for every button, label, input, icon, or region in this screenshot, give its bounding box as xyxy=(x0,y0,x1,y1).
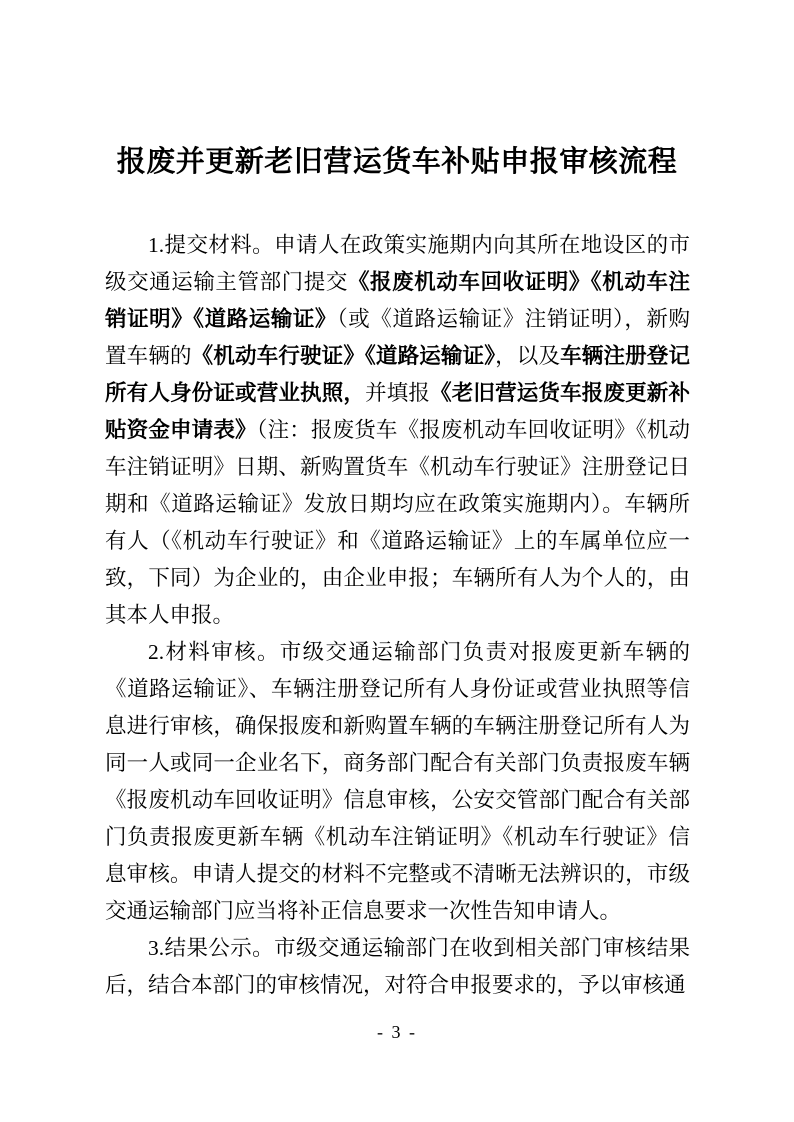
body-text: 并填报 xyxy=(365,381,430,405)
document-title: 报废并更新老旧营运货车补贴申报审核流程 xyxy=(0,139,794,180)
body-text: （注：报废货车《报废机动车回收证明》《机动车注销证明》日期、新购置货车《机动车行… xyxy=(105,418,690,627)
document-body: 1.提交材料。申请人在政策实施期内向其所在地设区的市级交通运输主管部门提交《报废… xyxy=(105,227,690,1004)
paragraph: 3.结果公示。市级交通运输部门在收到相关部门审核结果后，结合本部门的审核情况，对… xyxy=(105,930,690,1004)
emphasis-text: 《机动车行驶证》《道路运输证》 xyxy=(192,344,495,368)
body-text: 3.结果公示。市级交通运输部门在收到相关部门审核结果后，结合本部门的审核情况，对… xyxy=(105,936,690,997)
page-number: - 3 - xyxy=(0,1022,794,1043)
paragraph: 1.提交材料。申请人在政策实施期内向其所在地设区的市级交通运输主管部门提交《报废… xyxy=(105,227,690,634)
paragraph: 2.材料审核。市级交通运输部门负责对报废更新车辆的《道路运输证》、车辆注册登记所… xyxy=(105,634,690,930)
document-page: 报废并更新老旧营运货车补贴申报审核流程 1.提交材料。申请人在政策实施期内向其所… xyxy=(0,0,794,1122)
body-text: 2.材料审核。市级交通运输部门负责对报废更新车辆的《道路运输证》、车辆注册登记所… xyxy=(105,640,690,923)
body-text: ，以及 xyxy=(495,344,560,368)
